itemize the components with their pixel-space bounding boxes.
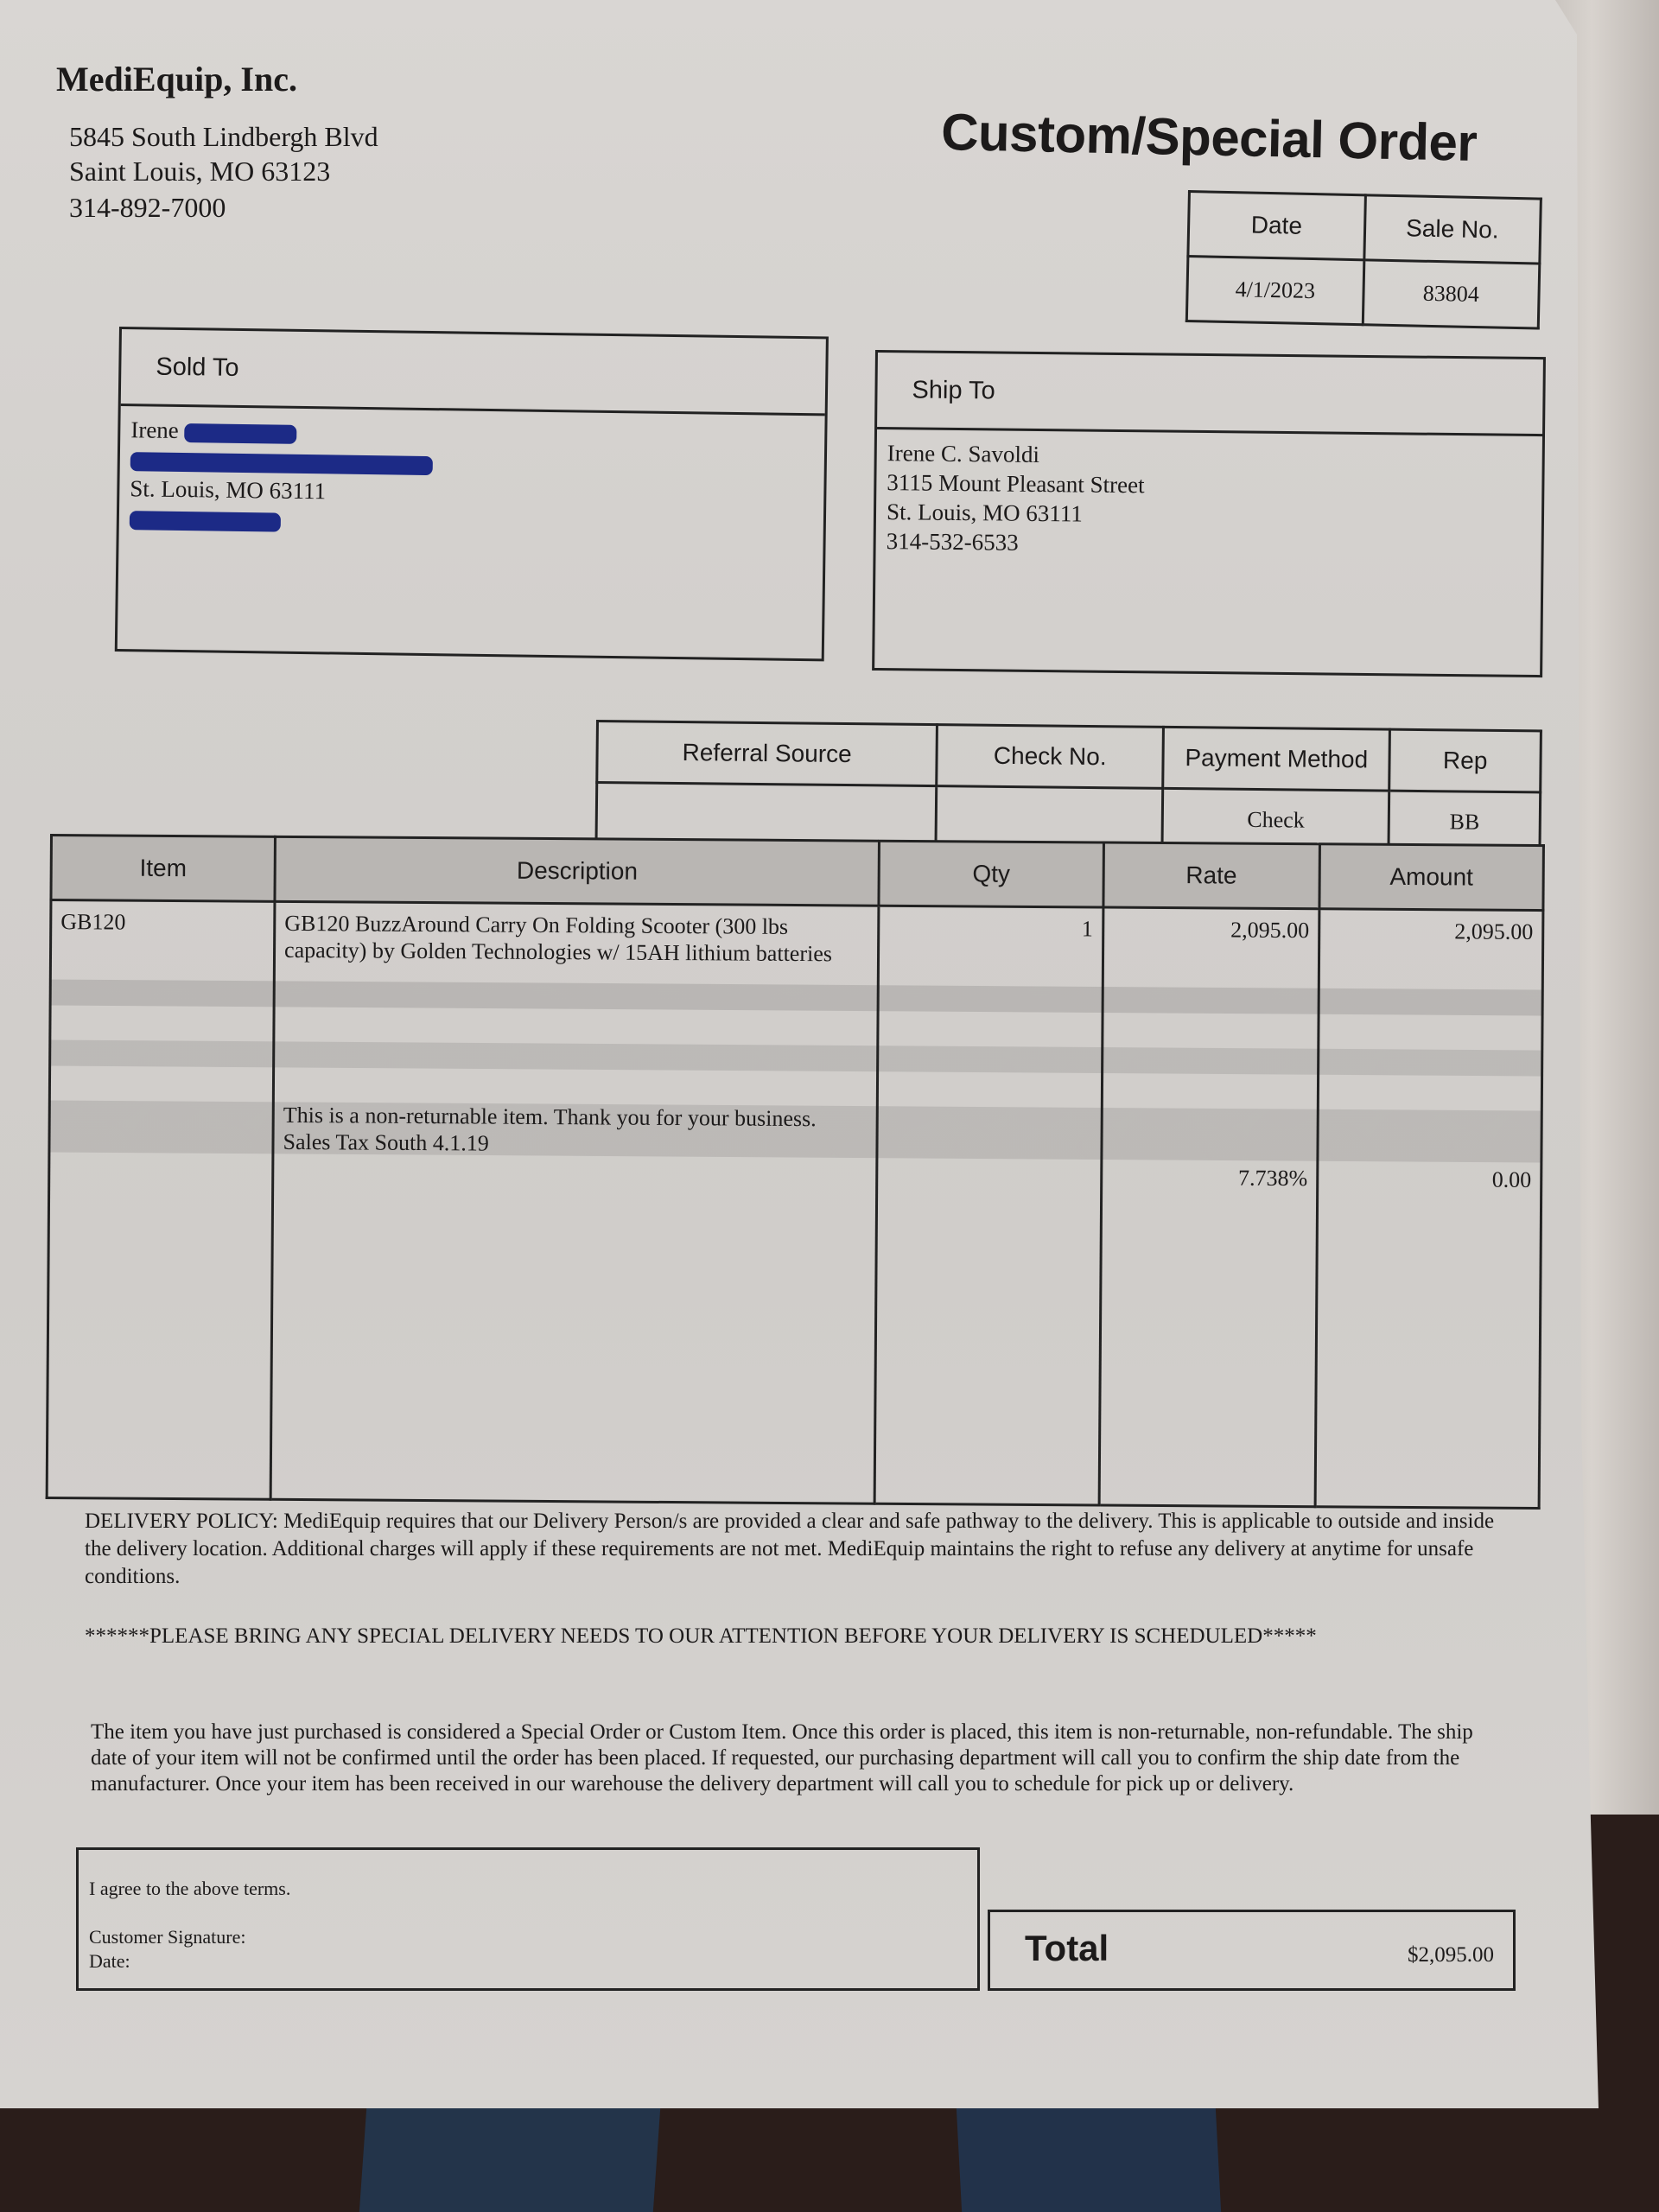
item-header: Item: [51, 836, 276, 902]
total-value: $2,095.00: [1408, 1943, 1494, 1967]
item-rate: 2,095.00: [1104, 909, 1319, 951]
order-document: MediEquip, Inc. 5845 South Lindbergh Blv…: [0, 0, 1616, 2108]
sold-to-first-name: Irene: [130, 416, 179, 443]
ship-to-label: Ship To: [877, 353, 1543, 436]
date-header: Date: [1188, 192, 1365, 260]
sale-no-header: Sale No.: [1363, 195, 1541, 264]
referral-source-header: Referral Source: [597, 721, 938, 786]
company-name: MediEquip, Inc.: [56, 59, 297, 99]
ship-to-phone: 314-532-6533: [887, 526, 1531, 563]
redacted-phone: [130, 511, 281, 531]
description-header: Description: [275, 836, 880, 906]
ship-to-box: Ship To Irene C. Savoldi 3115 Mount Plea…: [872, 350, 1546, 677]
non-returnable-note: This is a non-returnable item. Thank you…: [275, 1091, 877, 1133]
date-value: 4/1/2023: [1186, 257, 1363, 325]
delivery-policy-text: DELIVERY POLICY: MediEquip requires that…: [85, 1508, 1519, 1591]
date-sale-table: Date Sale No. 4/1/2023 83804: [1185, 190, 1542, 330]
sold-to-label: Sold To: [121, 329, 826, 416]
line-items-table: Item Description Qty Rate Amount GB120 G…: [46, 834, 1545, 1510]
total-label: Total: [1025, 1928, 1109, 1969]
sales-tax-description: Sales Tax South 4.1.19: [274, 1128, 876, 1166]
redacted-last-name: [184, 423, 296, 444]
amount-header: Amount: [1319, 844, 1544, 911]
signature-date-label: Date:: [89, 1950, 130, 1973]
company-address-line1: 5845 South Lindbergh Blvd: [69, 121, 378, 153]
signature-box: I agree to the above terms. Customer Sig…: [76, 1847, 980, 1991]
special-delivery-needs-text: ******PLEASE BRING ANY SPECIAL DELIVERY …: [85, 1623, 1338, 1650]
qty-header: Qty: [879, 841, 1103, 907]
sold-to-box: Sold To Irene St. Louis, MO 63111: [115, 327, 829, 661]
document-title: Custom/Special Order: [941, 102, 1478, 173]
order-meta-table: Referral Source Check No. Payment Method…: [594, 720, 1541, 855]
background-clothing: [957, 2108, 1221, 2212]
item-amount: 2,095.00: [1320, 910, 1541, 952]
sales-tax-rate: 7.738%: [1103, 1157, 1317, 1199]
agree-terms-text: I agree to the above terms.: [89, 1878, 290, 1900]
company-phone: 314-892-7000: [69, 192, 226, 224]
customer-signature-label: Customer Signature:: [89, 1926, 245, 1948]
rep-header: Rep: [1389, 729, 1541, 792]
rate-header: Rate: [1103, 842, 1319, 909]
item-code: GB120: [52, 901, 273, 944]
special-order-policy-text: The item you have just purchased is cons…: [91, 1719, 1491, 1797]
check-no-header: Check No.: [937, 725, 1164, 789]
company-address-line2: Saint Louis, MO 63123: [69, 156, 330, 188]
table-row: GB120 GB120 BuzzAround Carry On Folding …: [47, 900, 1543, 1509]
payment-method-header: Payment Method: [1163, 727, 1390, 791]
item-qty: 1: [880, 907, 1102, 950]
sales-tax-amount: 0.00: [1319, 1158, 1540, 1200]
background-clothing: [359, 2108, 660, 2212]
total-box: Total $2,095.00: [988, 1910, 1516, 1991]
sale-no-value: 83804: [1363, 260, 1540, 328]
redacted-street-address: [130, 452, 433, 475]
item-description: GB120 BuzzAround Carry On Folding Scoote…: [276, 903, 878, 975]
